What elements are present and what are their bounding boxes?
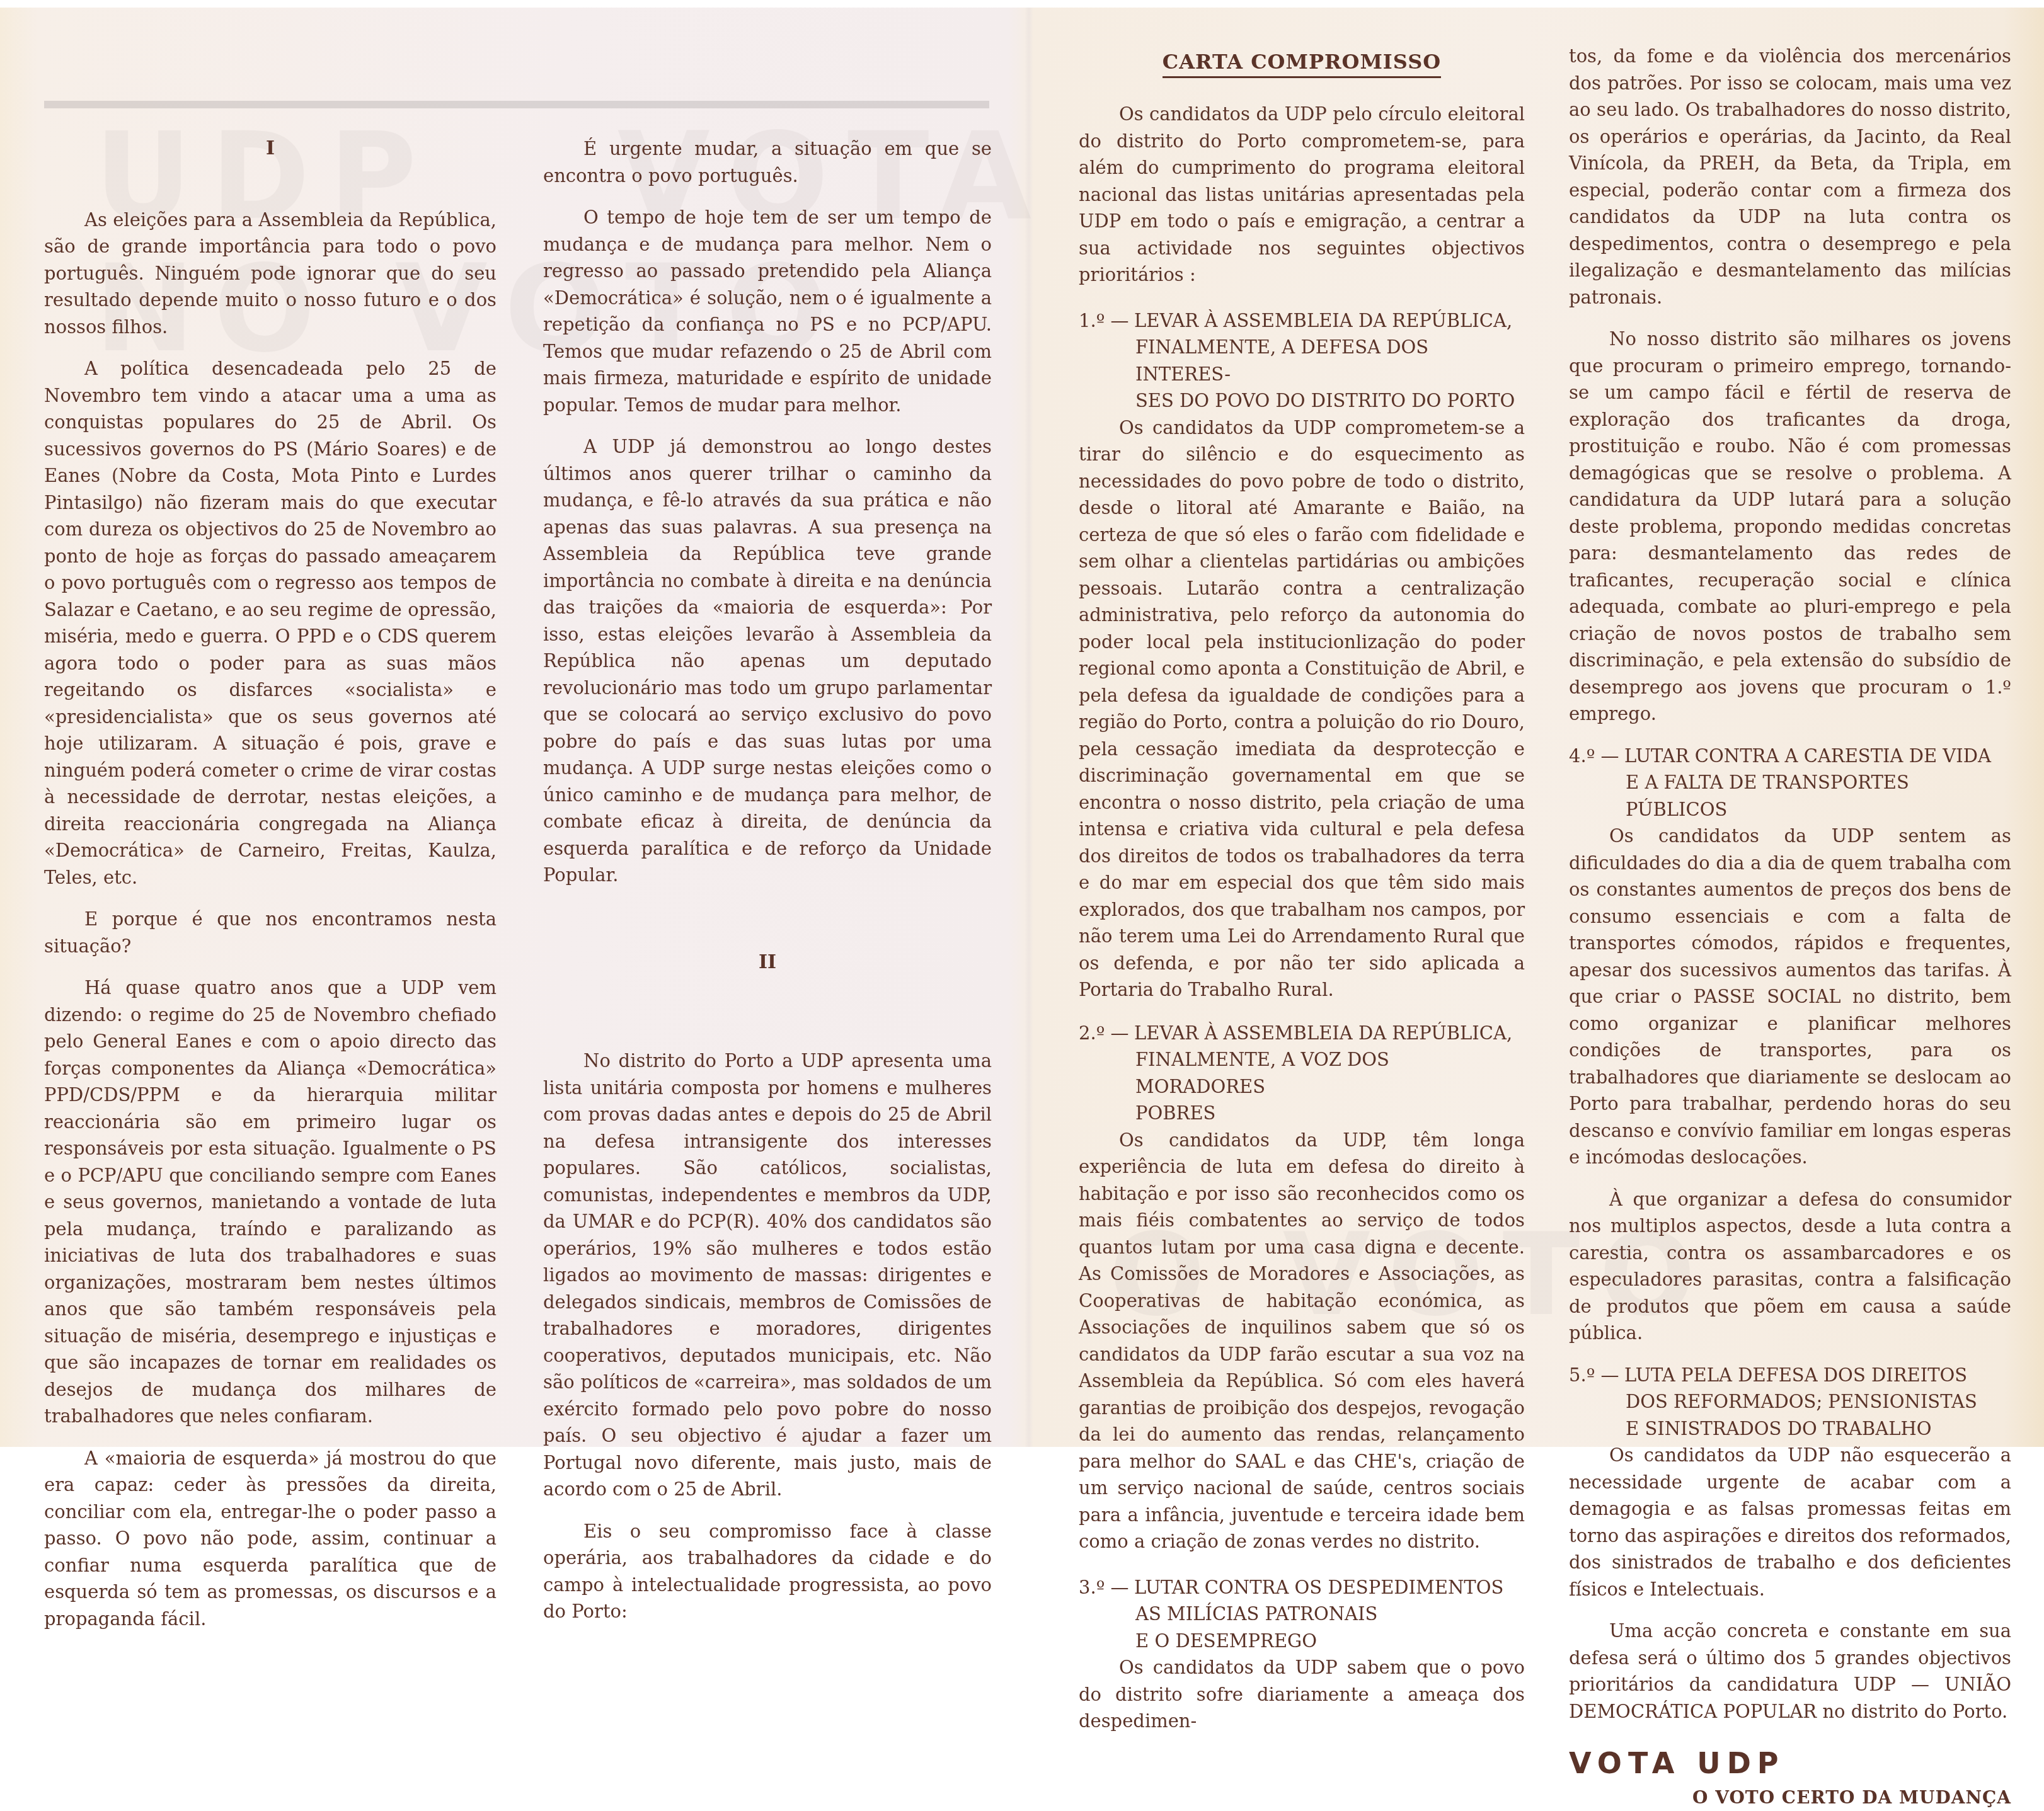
objective-4-text: Os candidatos da UDP sentem as dificulda… (1569, 823, 2011, 1171)
section-heading-ii: II (543, 949, 992, 976)
paragraph: A UDP já demonstrou ao longo destes últi… (543, 433, 992, 889)
objective-4-text: À que organizar a defesa do consumidor n… (1569, 1186, 2011, 1347)
column-3: CARTA COMPROMISSO Os candidatos da UDP p… (1079, 50, 1525, 1452)
column-1: I As eleições para a Assembleia da Repúb… (44, 135, 497, 1452)
paragraph: E porque é que nos encontramos nesta sit… (44, 906, 497, 959)
paragraph: No nosso distrito são milhares os jovens… (1569, 326, 2011, 728)
objective-5-heading: 5.º —LUTA PELA DEFESA DOS DIREITOS DOS R… (1569, 1362, 2011, 1443)
carta-compromisso-title: CARTA COMPROMISSO (1079, 50, 1525, 73)
paragraph: A política desencadeada pelo 25 de Novem… (44, 355, 497, 891)
paragraph: As eleições para a Assembleia da Repúbli… (44, 207, 497, 341)
paragraph: A «maioria de esquerda» já mostrou do qu… (44, 1445, 497, 1453)
objective-2-text: Os candidatos da UDP, têm longa experiên… (1079, 1127, 1525, 1453)
paragraph: O tempo de hoje tem de ser um tempo de m… (543, 204, 992, 418)
column-4: tos, da fome e da violência dos mercenár… (1569, 43, 2011, 1452)
objective-5-text: Os candidatos da UDP não esquecerão a ne… (1569, 1442, 2011, 1452)
column-2: É urgente mudar, a situação em que se en… (543, 135, 992, 1452)
objective-1-heading: 1.º —LEVAR À ASSEMBLEIA DA REPÚBLICA, FI… (1079, 307, 1525, 414)
objective-1-text: Os candidatos da UDP comprometem-se a ti… (1079, 414, 1525, 1003)
section-heading-i: I (44, 135, 497, 163)
objective-2-heading: 2.º —LEVAR À ASSEMBLEIA DA REPÚBLICA, FI… (1079, 1020, 1525, 1127)
paragraph: Há quase quatro anos que a UDP vem dizen… (44, 974, 497, 1430)
objective-4-heading: 4.º —LUTAR CONTRA A CARESTIA DE VIDA E A… (1569, 743, 2011, 823)
paragraph: É urgente mudar, a situação em que se en… (543, 135, 992, 189)
intro-paragraph: Os candidatos da UDP pelo círculo eleito… (1079, 101, 1525, 289)
show-through-bar (44, 101, 989, 108)
center-fold (1025, 8, 1033, 1447)
objective-3-text-cont: tos, da fome e da violência dos mercenár… (1569, 43, 2011, 311)
paragraph: No distrito do Porto a UDP apresenta uma… (543, 1048, 992, 1452)
